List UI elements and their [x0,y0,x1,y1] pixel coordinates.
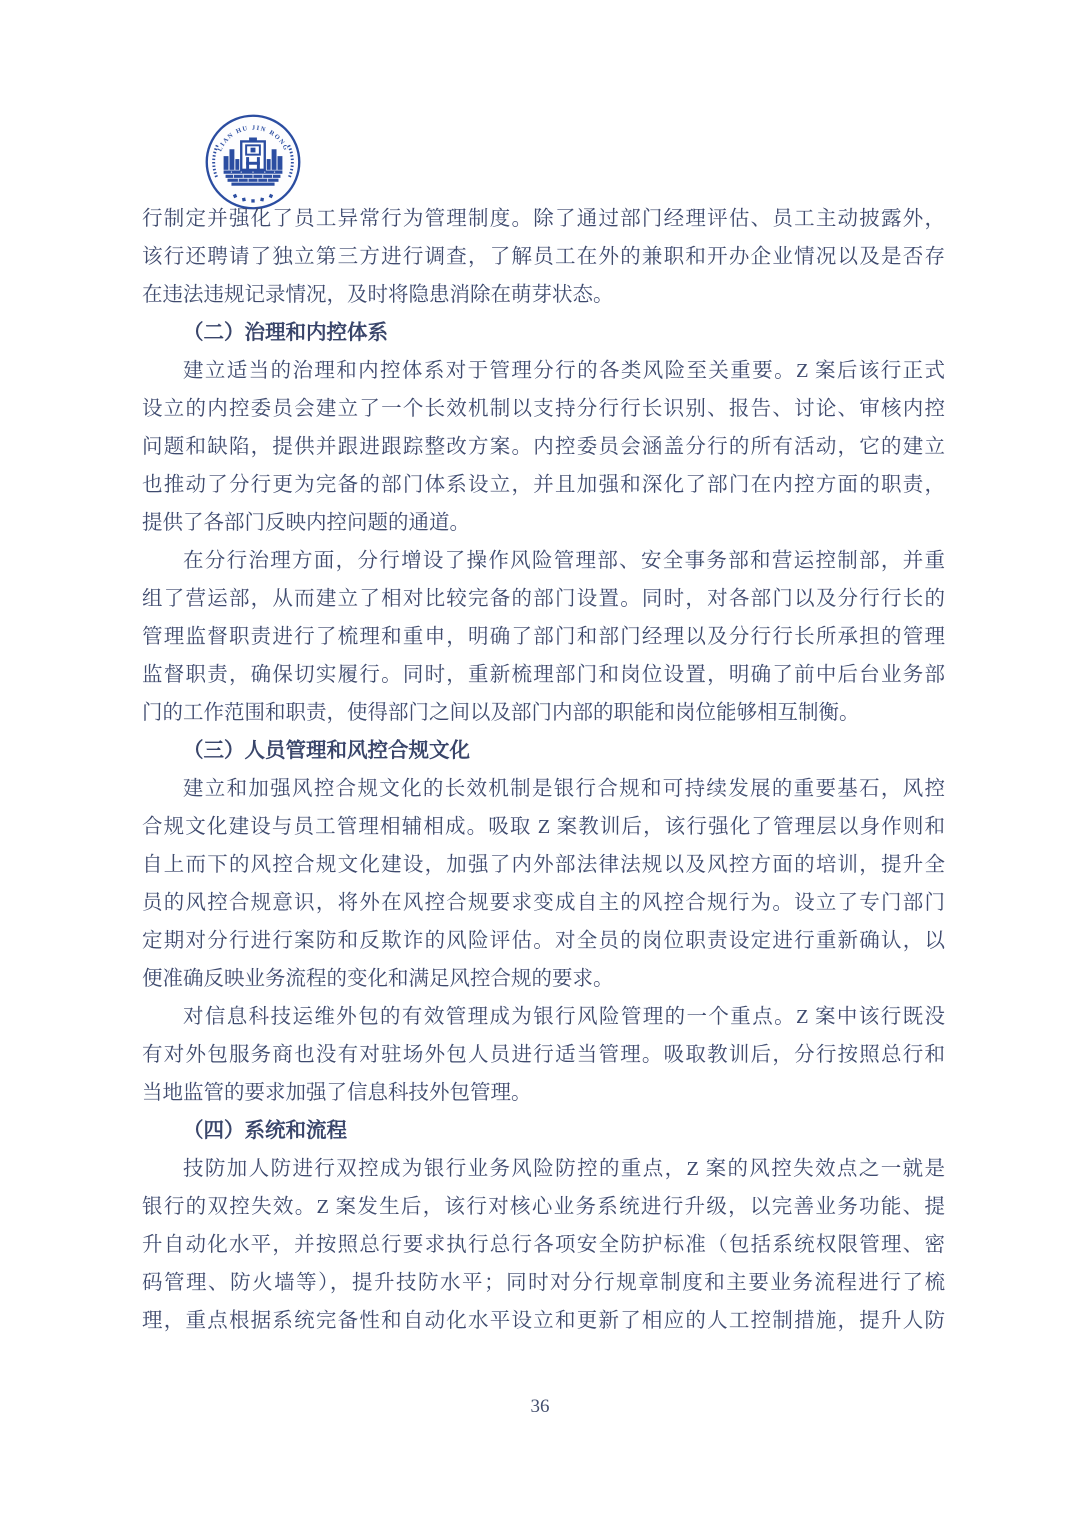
text-line: 自上而下的风控合规文化建设，加强了内外部法律法规以及风控方面的培训，提升全 [142,846,945,884]
text-line: 行制定并强化了员工异常行为管理制度。除了通过部门经理评估、员工主动披露外， [142,200,945,238]
text-line: 问题和缺陷，提供并跟进跟踪整改方案。内控委员会涵盖分行的所有活动，它的建立 [142,428,945,466]
page-number: 36 [0,1396,1080,1418]
text-line: 银行的双控失效。Z 案发生后，该行对核心业务系统进行升级，以完善业务功能、提 [142,1188,945,1226]
text-line: 组了营运部，从而建立了相对比较完备的部门设置。同时，对各部门以及分行行长的 [142,580,945,618]
text-line: 在分行治理方面，分行增设了操作风险管理部、安全事务部和营运控制部，并重 [142,542,945,580]
text-line: 设立的内控委员会建立了一个长效机制以支持分行行长识别、报告、讨论、审核内控 [142,390,945,428]
text-line: 技防加人防进行双控成为银行业务风险防控的重点，Z 案的风控失效点之一就是 [142,1150,945,1188]
text-line: 也推动了分行更为完备的部门体系设立，并且加强和深化了部门在内控方面的职责， [142,466,945,504]
text-line: 理，重点根据系统完备性和自动化水平设立和更新了相应的人工控制措施，提升人防 [142,1302,945,1340]
organization-logo: LIAN HU JIN RONG [204,113,302,211]
text-line: 建立和加强风控合规文化的长效机制是银行合规和可持续发展的重要基石，风控 [142,770,945,808]
text-line: 升自动化水平，并按照总行要求执行总行各项安全防护标准（包括系统权限管理、密 [142,1226,945,1264]
text-line: 监督职责，确保切实履行。同时，重新梳理部门和岗位设置，明确了前中后台业务部 [142,656,945,694]
organization-logo-emblem: LIAN HU JIN RONG [204,113,302,211]
text-line: 该行还聘请了独立第三方进行调查，了解员工在外的兼职和开办企业情况以及是否存 [142,238,945,276]
text-line: 对信息科技运维外包的有效管理成为银行风险管理的一个重点。Z 案中该行既没 [142,998,945,1036]
text-line: 定期对分行进行案防和反欺诈的风险评估。对全员的岗位职责设定进行重新确认，以 [142,922,945,960]
document-page: LIAN HU JIN RONG [0,0,1080,1527]
text-line: 码管理、防火墙等），提升技防水平；同时对分行规章制度和主要业务流程进行了梳 [142,1264,945,1302]
document-body: 行制定并强化了员工异常行为管理制度。除了通过部门经理评估、员工主动披露外，该行还… [142,200,945,1340]
text-line: 员的风控合规意识，将外在风控合规要求变成自主的风控合规行为。设立了专门部门 [142,884,945,922]
section-heading: （二）治理和内控体系 [142,314,945,352]
section-heading: （三）人员管理和风控合规文化 [142,732,945,770]
text-line: 门的工作范围和职责，使得部门之间以及部门内部的职能和岗位能够相互制衡。 [142,694,945,732]
text-line: 合规文化建设与员工管理相辅相成。吸取 Z 案教训后，该行强化了管理层以身作则和 [142,808,945,846]
text-line: 建立适当的治理和内控体系对于管理分行的各类风险至关重要。Z 案后该行正式 [142,352,945,390]
text-line: 管理监督职责进行了梳理和重申，明确了部门和部门经理以及分行行长所承担的管理 [142,618,945,656]
section-heading: （四）系统和流程 [142,1112,945,1150]
text-line: 提供了各部门反映内控问题的通道。 [142,504,945,542]
text-line: 当地监管的要求加强了信息科技外包管理。 [142,1074,945,1112]
text-line: 在违法违规记录情况，及时将隐患消除在萌芽状态。 [142,276,945,314]
text-line: 便准确反映业务流程的变化和满足风控合规的要求。 [142,960,945,998]
text-line: 有对外包服务商也没有对驻场外包人员进行适当管理。吸取教训后，分行按照总行和 [142,1036,945,1074]
